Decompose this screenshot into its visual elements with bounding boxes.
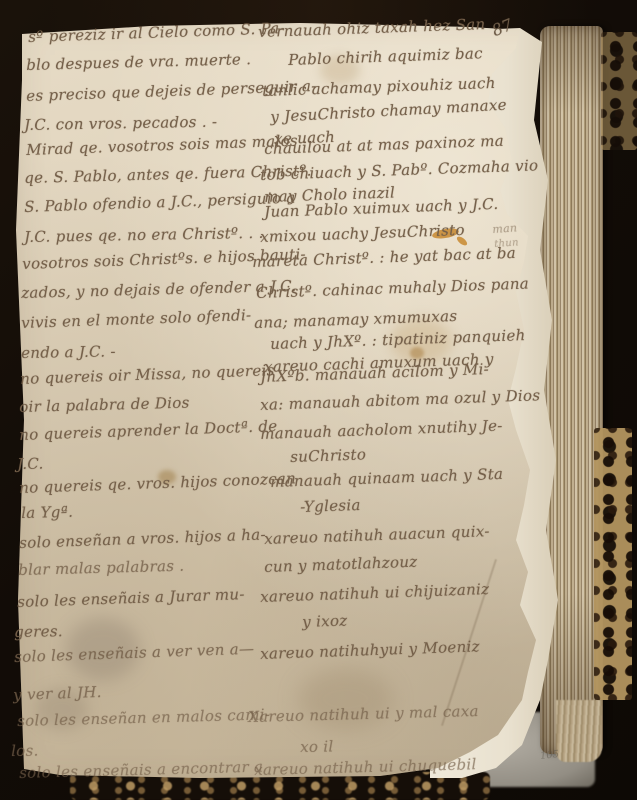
manuscript-line: vernauah ohiz taxah hez San	[258, 17, 486, 40]
manuscript-line: oir la palabra de Dios	[19, 396, 190, 415]
manuscript-line: S. Pablo ofendio a J.C., persiguio a	[24, 191, 296, 215]
manuscript-line: no quereis qe. vros. hijos conozcan	[19, 471, 296, 496]
manuscript-line: los.	[11, 744, 39, 759]
manuscript-line: man	[492, 222, 518, 235]
manuscript-line: xmixou uachy JesuChristo	[260, 223, 465, 245]
manuscript-line: manauah aacholom xnutihy Je-	[260, 419, 503, 442]
manuscript-line: J.C. pues qe. no era Christº. . .	[24, 226, 264, 245]
manuscript-line: cun y matotlahzouz	[264, 555, 418, 575]
manuscript-line: y JesuChristo chamay manaxe	[270, 98, 507, 125]
manuscript-line: Mirad qe. vosotros sois mas malos	[26, 134, 298, 158]
manuscript-line: la Ygª.	[21, 505, 73, 521]
manuscript-line: xareuo natihuhyui y Moeniz	[260, 639, 480, 662]
manuscript-line: solo les enseñais a encontrar a	[19, 760, 263, 781]
manuscript-line: xo il	[300, 739, 334, 755]
manuscript-line: vivis en el monte solo ofendi-	[21, 308, 252, 331]
manuscript-line: suChristo	[290, 447, 366, 465]
manuscript-line: solo les enseñan en malos cami-	[17, 707, 270, 729]
manuscript-line: blar malas palabras .	[18, 559, 185, 578]
manuscript-line: ana; manamay xmumuxas	[254, 309, 458, 331]
manuscript-line: J.C.	[17, 457, 44, 472]
manuscript-line: y ver al JH.	[13, 685, 102, 703]
manuscript-line: Xareuo natihuh ui y mal caxa	[248, 704, 479, 725]
manuscript-line: xa: manauah abitom ma ozul y Dios	[260, 388, 541, 413]
manuscript-text-layer: sº pereziz ir al Cielo como S. Pa-vernau…	[0, 0, 637, 800]
manuscript-line: y ixoz	[302, 613, 348, 630]
manuscript-line: manauah quinaam uach y Sta	[270, 467, 504, 490]
manuscript-line: xareuo natihuh ui chuquebil	[254, 757, 477, 778]
manuscript-line: Pablo chirih aquimiz bac	[288, 46, 483, 68]
manuscript-line: geres.	[14, 624, 63, 640]
manuscript-line: solo enseñan a vros. hijos a ha-	[19, 527, 266, 551]
manuscript-line: sº pereziz ir al Cielo como S. Pa-	[28, 21, 285, 45]
manuscript-line: endo a J.C. -	[21, 344, 116, 361]
manuscript-line: solo les enseñais a Jurar mu-	[17, 587, 245, 610]
manuscript-line: J.C. con vros. pecados . -	[24, 115, 217, 133]
corner-mark: 105	[539, 749, 559, 762]
manuscript-line: solo les enseñais a ver ven a—	[14, 642, 255, 665]
manuscript-line: -Yglesia	[300, 498, 361, 515]
manuscript-line: xareuo natihuh auacun quix-	[264, 524, 490, 547]
manuscript-line: uach y JhXº. : tipatiniz panquieh	[270, 328, 526, 352]
manuscript-line: xareuo natihuh ui chijuizaniz	[260, 582, 490, 605]
manuscript-line: blo despues de vra. muerte .	[26, 52, 251, 73]
manuscript-line: no quereis aprender la Doctª. de	[19, 419, 278, 443]
manuscript-line: Christº. cahinac muhaly Dios pana	[256, 276, 529, 301]
manuscript-line: no quereis oir Missa, no quereis	[20, 363, 275, 387]
photographed-manuscript: sº pereziz ir al Cielo como S. Pa-vernau…	[0, 0, 637, 800]
